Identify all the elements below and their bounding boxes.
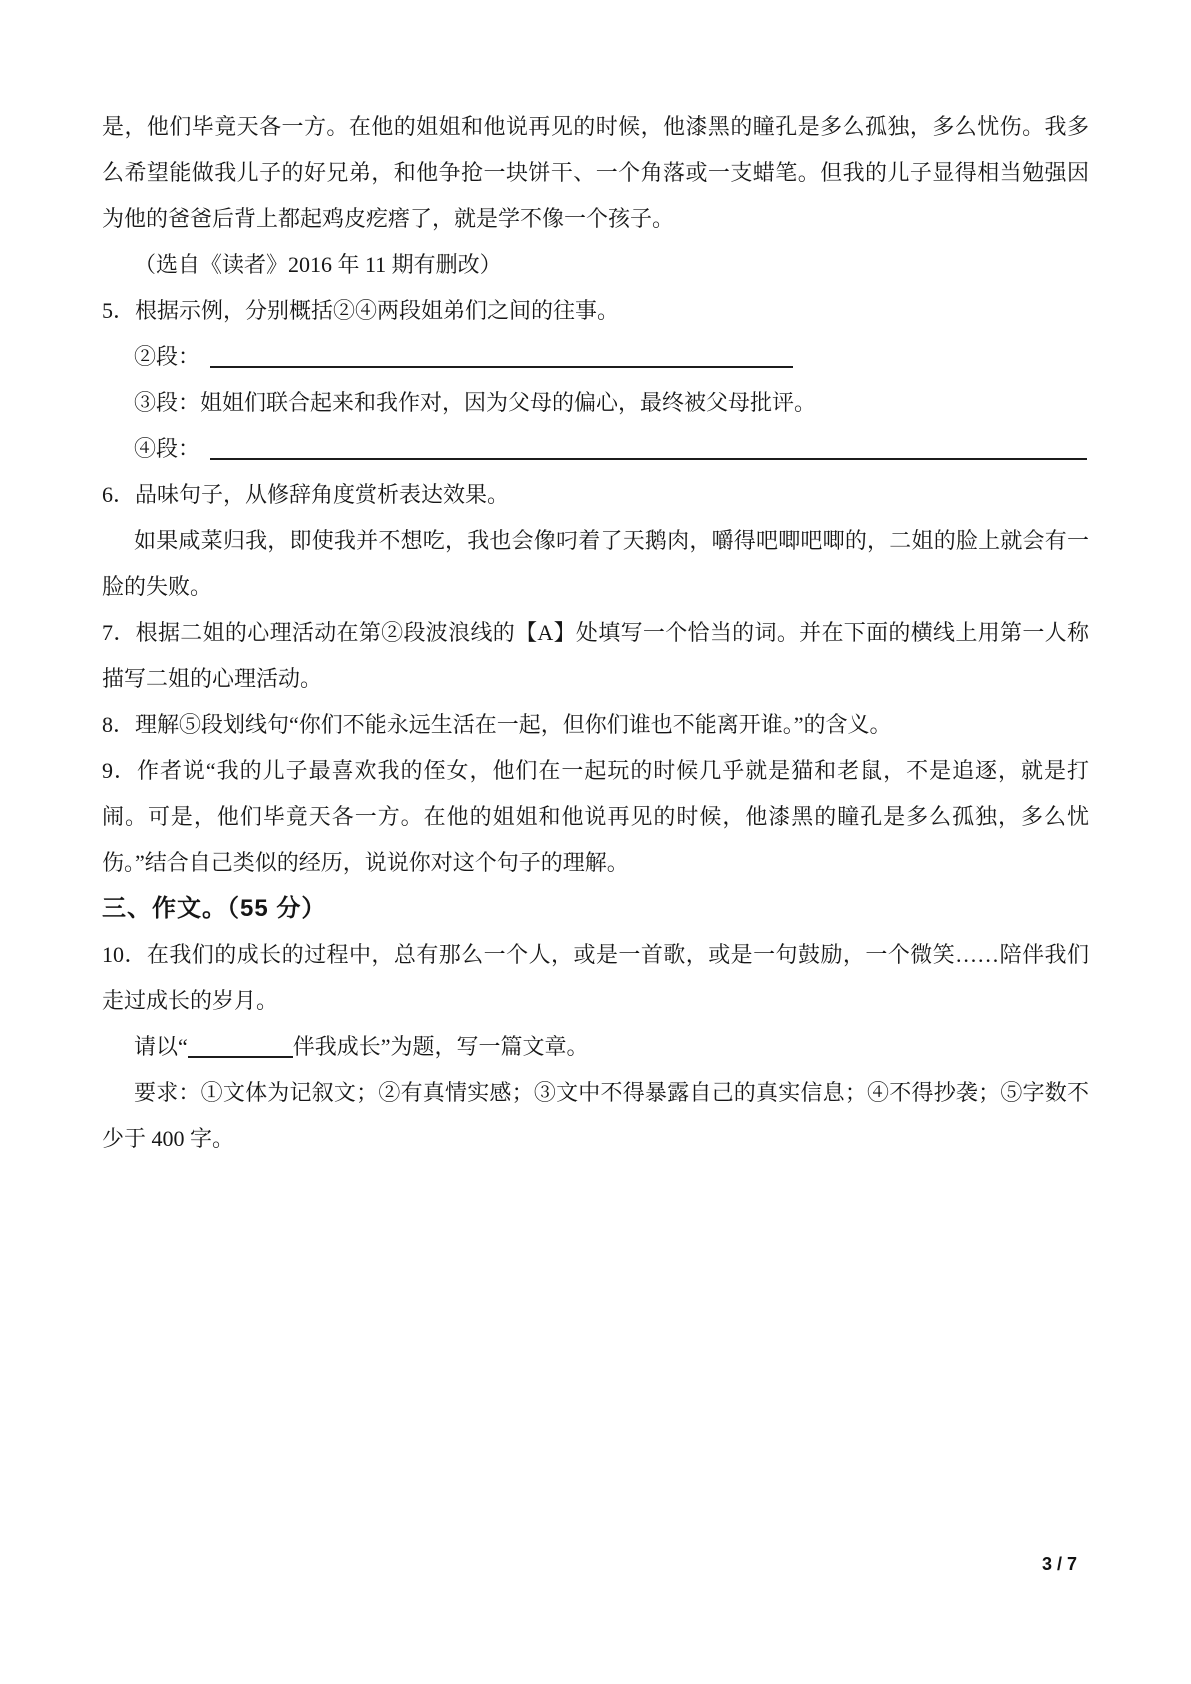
- section-3-heading: 三、作文。（55 分）: [102, 886, 1089, 932]
- question-5-blank-row-4: ④段：: [102, 426, 1089, 472]
- question-5-blank-4-label: ④段：: [134, 426, 200, 472]
- question-6-stem: 6．品味句子，从修辞角度赏析表达效果。: [102, 472, 1089, 518]
- question-5-blank-row-2: ②段：: [102, 334, 1089, 380]
- question-10-requirements: 要求：①文体为记叙文；②有真情实感；③文中不得暴露自己的真实信息；④不得抄袭；⑤…: [102, 1070, 1089, 1162]
- question-5-blank-2-label: ②段：: [134, 334, 200, 380]
- exam-page-content: 是，他们毕竟天各一方。在他的姐姐和他说再见的时候，他漆黑的瞳孔是多么孤独，多么忧…: [102, 104, 1089, 1162]
- answer-blank-line-2: [210, 366, 793, 368]
- question-10-stem: 10．在我们的成长的过程中，总有那么一个人，或是一首歌，或是一句鼓励，一个微笑……: [102, 932, 1089, 1024]
- question-7-stem: 7．根据二姐的心理活动在第②段波浪线的【A】处填写一个恰当的词。并在下面的横线上…: [102, 610, 1089, 702]
- essay-title-prefix: 请以“: [134, 1034, 188, 1059]
- essay-title-blank: [188, 1054, 293, 1058]
- essay-title-suffix: 伴我成长”为题，写一篇文章。: [293, 1034, 589, 1059]
- question-10-title-line: 请以“伴我成长”为题，写一篇文章。: [102, 1024, 1089, 1070]
- question-5-example-item-3: ③段：姐姐们联合起来和我作对，因为父母的偏心，最终被父母批评。: [102, 380, 1089, 426]
- continuation-paragraph: 是，他们毕竟天各一方。在他的姐姐和他说再见的时候，他漆黑的瞳孔是多么孤独，多么忧…: [102, 104, 1089, 242]
- source-citation: （选自《读者》2016 年 11 期有删改）: [102, 242, 1089, 288]
- question-5-stem: 5．根据示例，分别概括②④两段姐弟们之间的往事。: [102, 288, 1089, 334]
- question-9-stem: 9．作者说“我的儿子最喜欢我的侄女，他们在一起玩的时候几乎就是猫和老鼠，不是追逐…: [102, 748, 1089, 886]
- answer-blank-line-4: [210, 458, 1087, 460]
- question-6-quoted-sentence: 如果咸菜归我，即使我并不想吃，我也会像叼着了天鹅肉，嚼得吧唧吧唧的，二姐的脸上就…: [102, 518, 1089, 610]
- question-8-stem: 8．理解⑤段划线句“你们不能永远生活在一起，但你们谁也不能离开谁。”的含义。: [102, 702, 1089, 748]
- page-number: 3 / 7: [1042, 1550, 1077, 1578]
